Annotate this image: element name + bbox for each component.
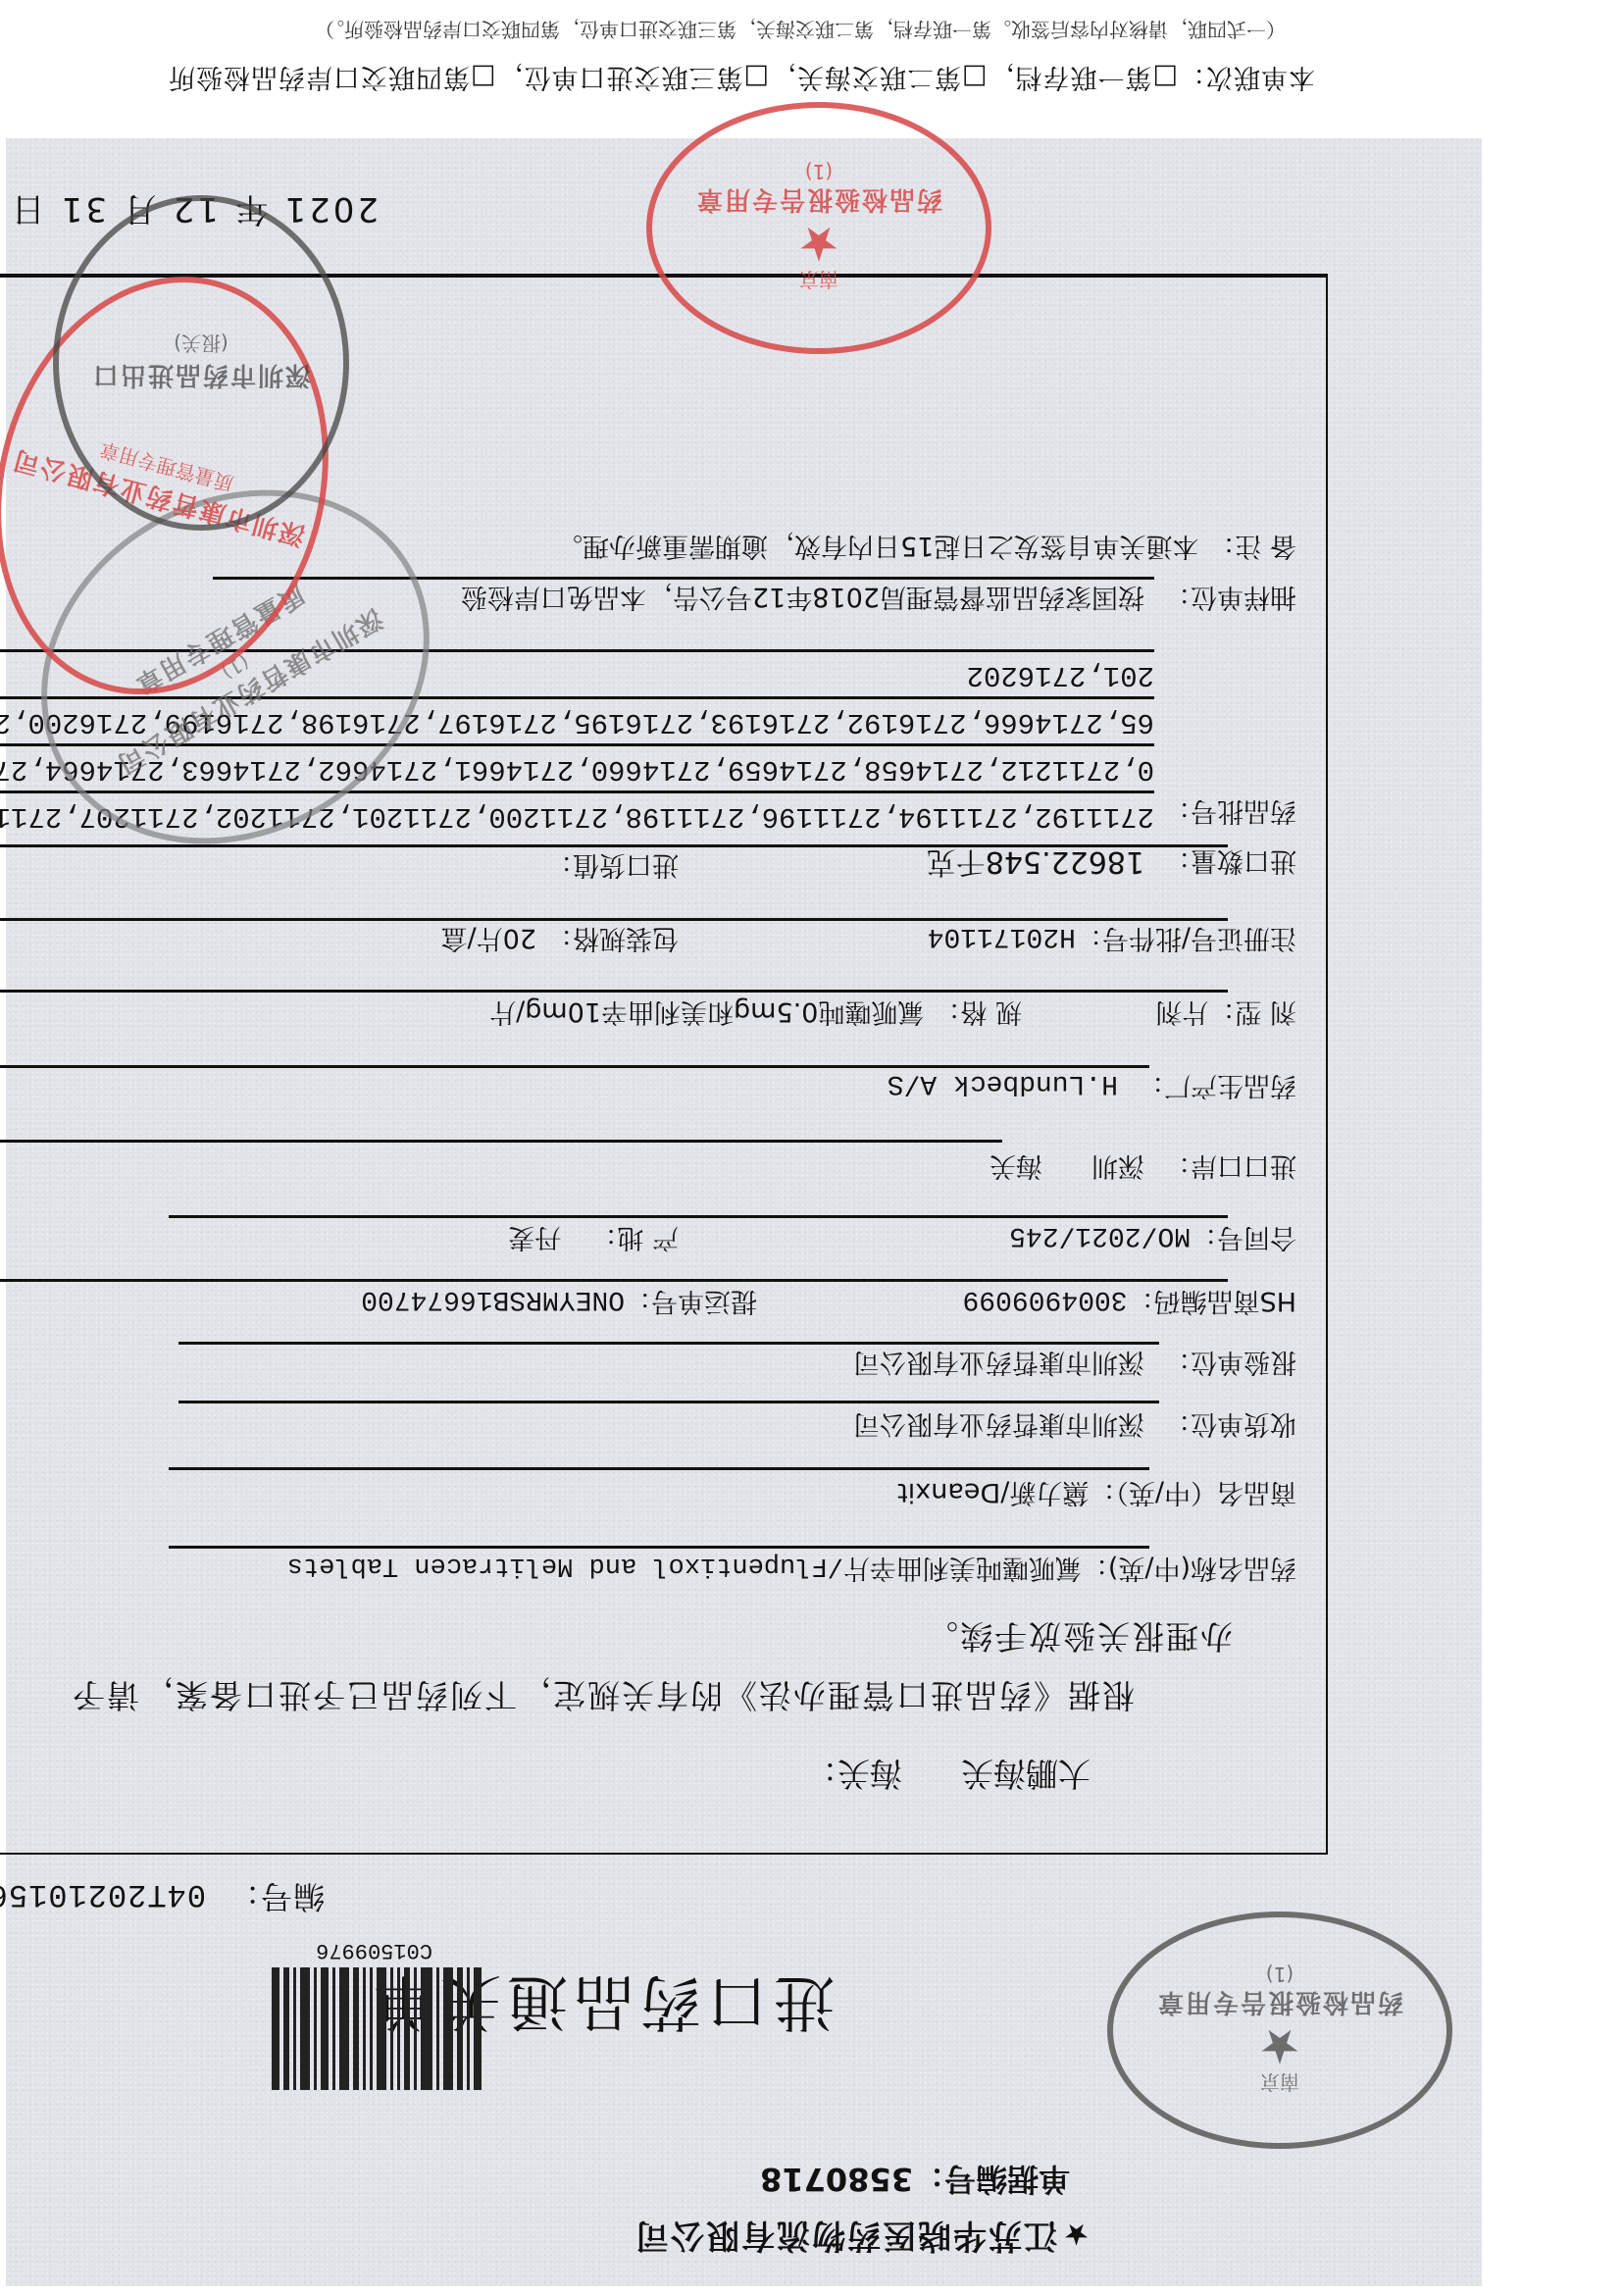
field-bill-of-lading: 提运单号：ONEYMRSB16674700 bbox=[361, 1284, 757, 1323]
field-dosage-form: 剂 型：片剂 bbox=[1155, 995, 1296, 1034]
field-drug-name: 药品名称(中/英)：氟哌噻吨美利曲辛片/Flupentixol and Meli… bbox=[287, 1551, 1296, 1590]
field-consignee: 收货单位：深圳市康哲药业有限公司 bbox=[853, 1407, 1296, 1446]
field-quantity: 进口数量：18622.548千克 bbox=[927, 843, 1296, 887]
field-packaging: 包装规格：20片/盒 bbox=[441, 922, 679, 960]
field-declarant: 报验单位：深圳市康哲药业有限公司 bbox=[853, 1346, 1296, 1384]
barcode bbox=[236, 1967, 482, 2090]
star-icon: ★ bbox=[1258, 2022, 1300, 2069]
company-name: ★江苏华晓医药物流有限公司 bbox=[634, 2215, 1090, 2263]
scanned-paper: ★江苏华晓医药物流有限公司 单据编号：3580718 进口药品通关单 C0150… bbox=[6, 138, 1482, 2286]
document-number: 单据编号：3580718 bbox=[760, 2159, 1070, 2204]
field-spec: 规 格：氟哌噻吨0.5mg和美利曲辛10mg/片 bbox=[489, 995, 1022, 1034]
serial-number: 编号：04T2021015621 bbox=[0, 1876, 325, 1921]
field-origin: 产 地：丹麦 bbox=[508, 1221, 679, 1259]
field-value: 进口货值： bbox=[546, 848, 679, 887]
document-page: ★江苏华晓医药物流有限公司 单据编号：3580718 进口药品通关单 C0150… bbox=[0, 0, 1624, 2294]
field-contract: 合同号：MO/2021/245 bbox=[1009, 1220, 1296, 1259]
field-inspection: 抽样单位：按国家药品监督管理局2018年12号公告，本品免口岸检验 bbox=[461, 581, 1296, 619]
letter-paragraph-2: 办理报关验放手续。 bbox=[924, 1615, 1233, 1661]
barcode-number: C01509976 bbox=[316, 1938, 432, 1963]
field-manufacturer: 药品生产厂：H.Lundbeck A/S bbox=[888, 1068, 1296, 1107]
stamp-inspection-report-upper: 南京 ★ 药品检验报告专用章 (1) bbox=[646, 102, 991, 354]
copy-note: （一式四联，请核对内容后签收。第一联存档，第二联交海关，第三联交进口单位，第四联… bbox=[315, 17, 1286, 45]
stamp-inspection-report-lower: 南京 ★ 药品检验报告专用章 (1) bbox=[1107, 1912, 1452, 2149]
field-batch-label: 药品批号： bbox=[1164, 794, 1296, 833]
field-note: 备 注：本通关单自签发之日起15日内有效，逾期需重新办理。 bbox=[556, 530, 1296, 568]
field-port: 进口口岸：深圳海关 bbox=[990, 1149, 1296, 1188]
stamp-port-customs: 深圳市药品进出口 (报关) bbox=[53, 195, 349, 531]
star-icon: ★ bbox=[1061, 2217, 1090, 2251]
field-registration-number: 注册证号/批件号：H20171104 bbox=[928, 921, 1296, 960]
batch-line: 201,2716202 bbox=[967, 659, 1154, 691]
copy-distribution: 本单联次：□第一联存档，□第二联交海关，□第三联交进口单位，□第四联交口岸药品检… bbox=[168, 61, 1315, 99]
field-trade-name: 商品名（中/英）：黛力新/Deanxit bbox=[897, 1476, 1296, 1514]
star-icon: ★ bbox=[797, 221, 839, 268]
field-hs-code: HS商品编码：3004909099 bbox=[963, 1284, 1296, 1323]
letter-paragraph-1: 根据《药品进口管理办法》的有关规定，下列药品已予进口备案，请予 bbox=[71, 1674, 1135, 1720]
customs-addressee: 大鹏海关海关： bbox=[805, 1753, 1091, 1799]
